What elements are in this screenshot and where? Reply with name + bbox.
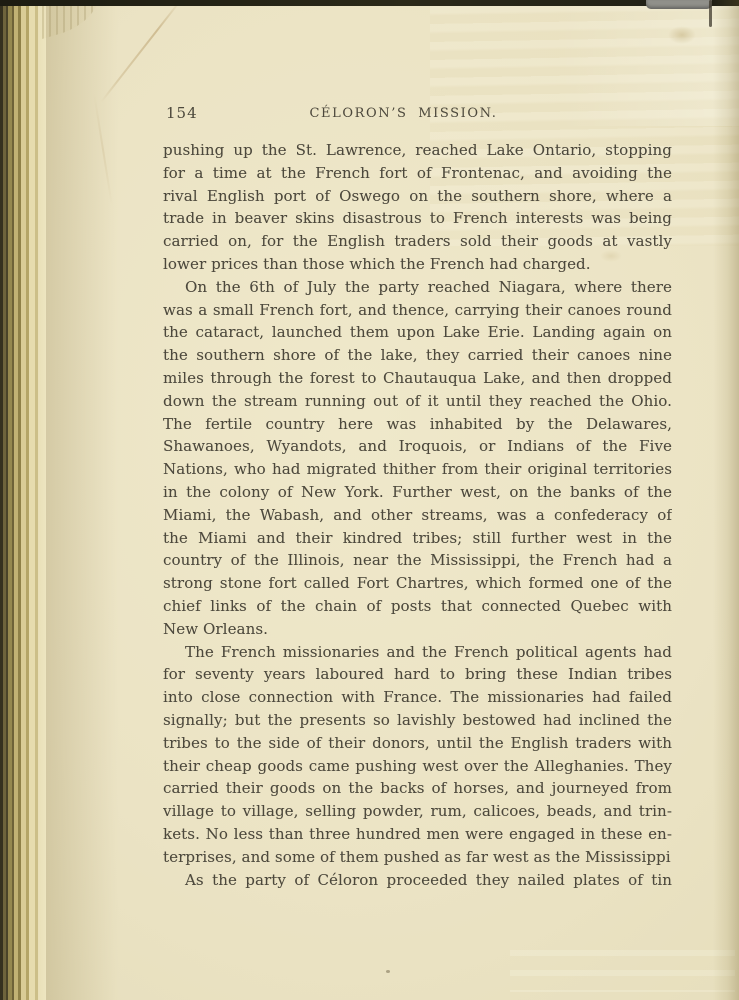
- paragraph: On the 6th of July the party reached Nia…: [163, 276, 672, 641]
- running-header: CÉLORON’S MISSION.: [163, 106, 644, 121]
- text-line: strong stone fort called Fort Chartres, …: [163, 572, 672, 595]
- paragraph: pushing up the St. Lawrence, reached Lak…: [163, 139, 672, 276]
- text-line: in the colony of New York. Further west,…: [163, 481, 672, 504]
- text-line: lower prices than those which the French…: [163, 253, 672, 276]
- text-line: chief links of the chain of posts that c…: [163, 595, 672, 618]
- page-right-edge-shade: [713, 0, 739, 1000]
- text-line: pushing up the St. Lawrence, reached Lak…: [163, 139, 672, 162]
- text-line: for seventy years laboured hard to bring…: [163, 663, 672, 686]
- paragraph: As the party of Céloron proceeded they n…: [163, 869, 672, 892]
- book-binding-edges: [0, 0, 46, 1000]
- text-line: Nations, who had migrated thither from t…: [163, 458, 672, 481]
- text-line: trade in beaver skins disastrous to Fren…: [163, 207, 672, 230]
- text-line: tribes to the side of their donors, unti…: [163, 732, 672, 755]
- text-line: village to village, selling powder, rum,…: [163, 800, 672, 823]
- text-line: down the stream running out of it until …: [163, 390, 672, 413]
- text-line: Miami, the Wabash, and other streams, wa…: [163, 504, 672, 527]
- text-line: kets. No less than three hundred men wer…: [163, 823, 672, 846]
- printed-page-content: 154 CÉLORON’S MISSION. pushing up the St…: [163, 0, 672, 1000]
- text-line: carried on, for the English traders sold…: [163, 230, 672, 253]
- text-line: terprises, and some of them pushed as fa…: [163, 846, 672, 869]
- gutter-shadow: [46, 0, 118, 1000]
- text-line: The fertile country here was inhabited b…: [163, 413, 672, 436]
- book-scan: 154 CÉLORON’S MISSION. pushing up the St…: [0, 0, 739, 1000]
- text-line: signally; but the presents so lavishly b…: [163, 709, 672, 732]
- page-header: 154 CÉLORON’S MISSION.: [163, 104, 672, 124]
- text-line: into close connection with France. The m…: [163, 686, 672, 709]
- text-line: their cheap goods came pushing west over…: [163, 755, 672, 778]
- text-line: The French missionaries and the French p…: [163, 641, 672, 664]
- text-line: the southern shore of the lake, they car…: [163, 344, 672, 367]
- text-line: New Orleans.: [163, 618, 672, 641]
- text-line: the Miami and their kindred tribes; stil…: [163, 527, 672, 550]
- text-line: country of the Illinois, near the Missis…: [163, 549, 672, 572]
- text-line: Shawanoes, Wyandots, and Iroquois, or In…: [163, 435, 672, 458]
- text-line: the cataract, launched them upon Lake Er…: [163, 321, 672, 344]
- page-corner-mark: [709, 0, 712, 27]
- paragraph: The French missionaries and the French p…: [163, 641, 672, 869]
- text-block: pushing up the St. Lawrence, reached Lak…: [163, 139, 672, 891]
- text-line: miles through the forest to Chautauqua L…: [163, 367, 672, 390]
- text-line: As the party of Céloron proceeded they n…: [163, 869, 672, 892]
- text-line: for a time at the French fort of Fronten…: [163, 162, 672, 185]
- text-line: carried their goods on the backs of hors…: [163, 777, 672, 800]
- text-line: On the 6th of July the party reached Nia…: [163, 276, 672, 299]
- paper-stain: [668, 26, 696, 44]
- text-line: rival English port of Oswego on the sout…: [163, 185, 672, 208]
- text-line: was a small French fort, and thence, car…: [163, 299, 672, 322]
